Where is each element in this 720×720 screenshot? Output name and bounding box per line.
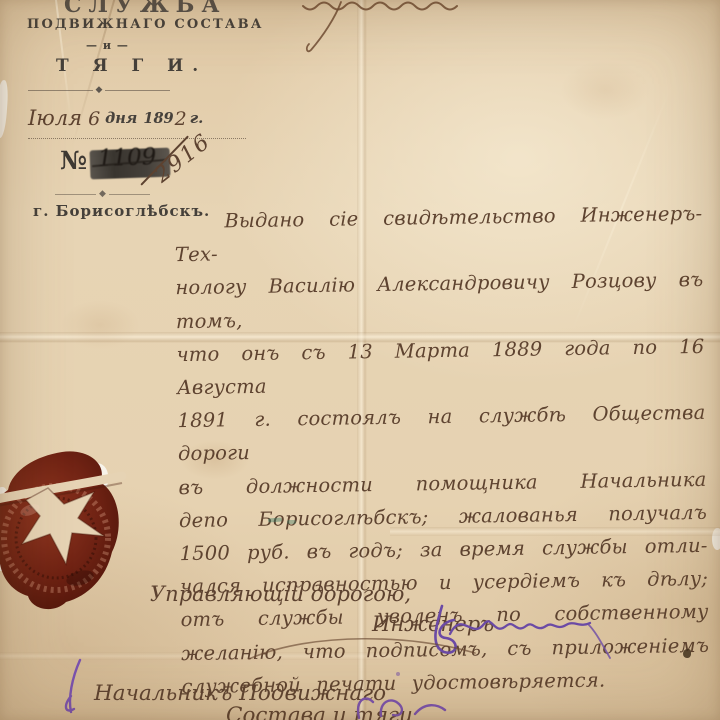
body-line: 1891 г. состоялъ на службѣ Общества доро… xyxy=(177,396,706,471)
manager-title-line: Управляющій дорогою, xyxy=(150,582,411,606)
body-line: Выдано сіе свидѣтельство Инженеръ-Тех- xyxy=(174,197,703,272)
paper-tear xyxy=(0,80,9,139)
body-line: нологу Василію Александровичу Розцову въ… xyxy=(175,263,704,338)
handwritten-month: Іюля xyxy=(28,106,82,130)
printed-g: г. xyxy=(190,109,204,127)
cropped-top-inscription xyxy=(295,0,495,58)
letterhead-conjunction: — и — xyxy=(86,39,129,52)
document-scan: СЛУЖБА ПОДВИЖНАГО СОСТАВА — и — Т Я Г И.… xyxy=(0,0,720,720)
wax-seal xyxy=(0,446,132,614)
old-number-value: 1109 xyxy=(97,144,156,172)
number-sign: № xyxy=(60,146,87,175)
body-line: что онъ съ 13 Марта 1889 года по 16 Авгу… xyxy=(176,330,705,405)
ornament-divider: ◆ xyxy=(55,190,150,199)
printed-dnya: дня xyxy=(105,110,137,127)
chief-signature xyxy=(345,694,465,720)
handwritten-day: 6 xyxy=(88,108,100,130)
letterhead-service-title: СЛУЖБА xyxy=(64,0,226,18)
ink-speck xyxy=(683,649,691,658)
date-line: Іюля6дня1892г. xyxy=(28,106,246,139)
violet-check-mark xyxy=(56,656,90,718)
printed-year-prefix: 189 xyxy=(143,110,173,127)
letterhead-department-line: ПОДВИЖНАГО СОСТАВА xyxy=(27,17,264,32)
green-stamp-remnant xyxy=(287,520,296,524)
pen-flourish xyxy=(243,629,483,669)
handwritten-year-digit: 2 xyxy=(175,108,187,130)
stain xyxy=(560,60,650,120)
violet-ink-speck xyxy=(396,672,400,676)
diamond-ornament-icon: ◆ xyxy=(93,86,106,95)
ornament-divider: ◆ xyxy=(28,86,170,95)
diamond-ornament-icon: ◆ xyxy=(96,190,109,199)
letterhead-tyagi-line: Т Я Г И. xyxy=(56,56,207,76)
